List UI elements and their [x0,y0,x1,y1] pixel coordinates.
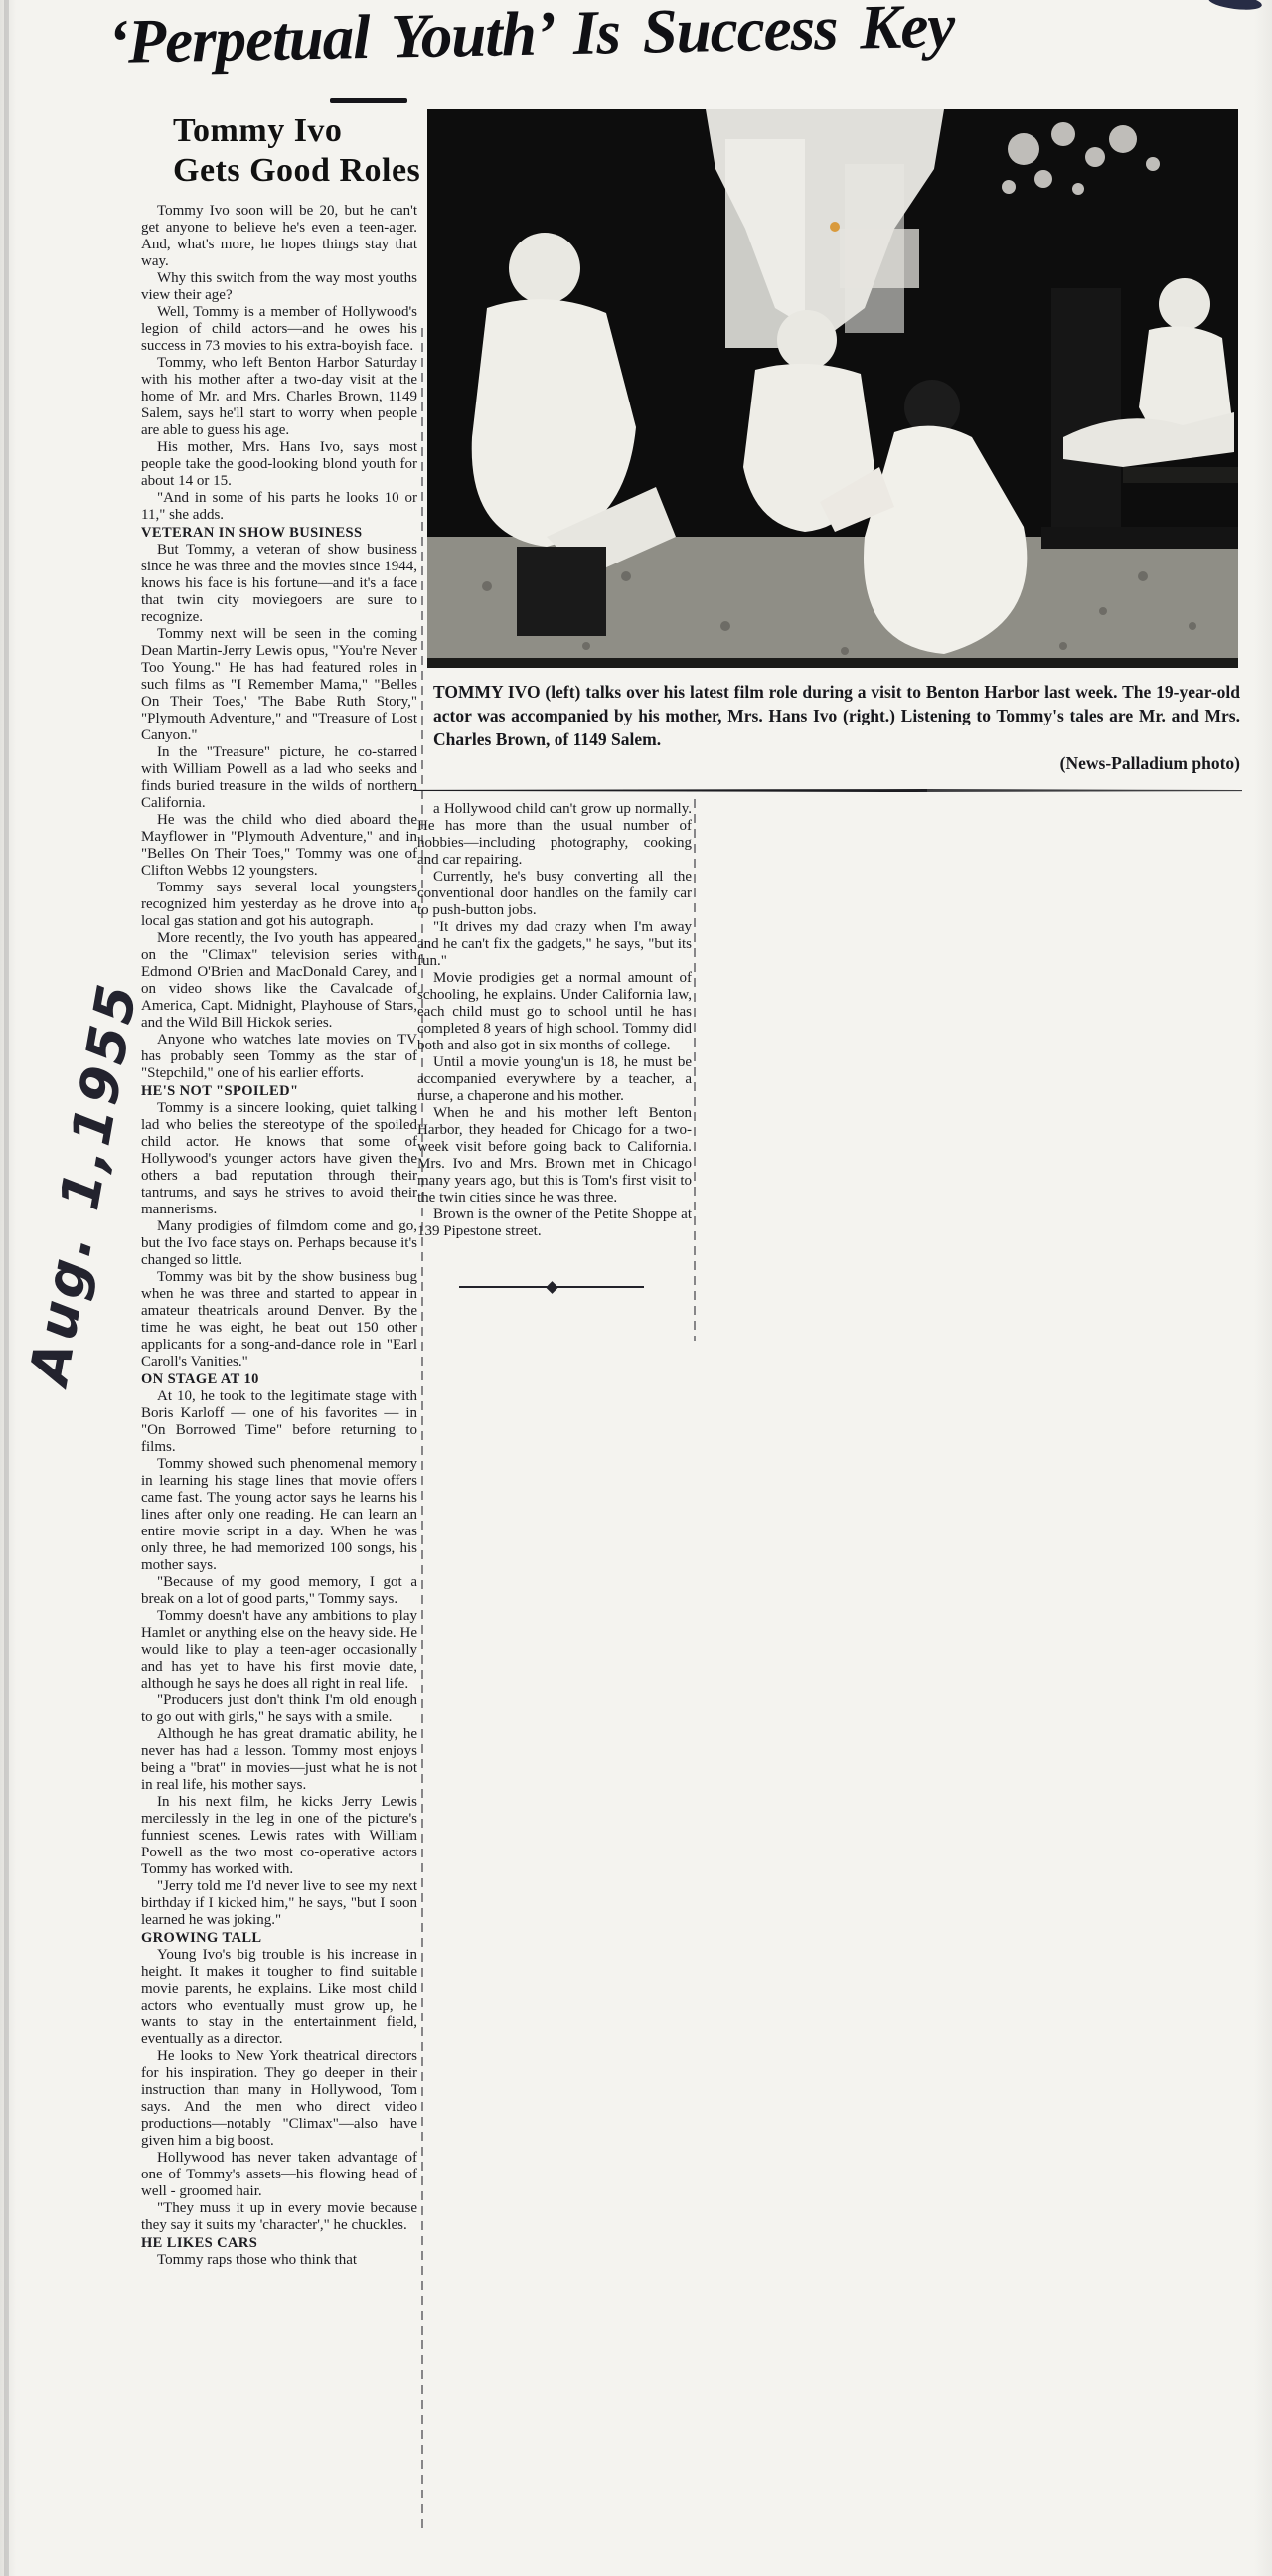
article-paragraph: He was the child who died aboard the May… [141,812,417,880]
article-paragraph: More recently, the Ivo youth has appeare… [141,930,417,1032]
news-photo-art [427,109,1238,668]
article-paragraph: Currently, he's busy converting all the … [417,869,692,919]
article-left-column: Tommy Ivo soon will be 20, but he can't … [141,203,417,2269]
column-rule-continuation [694,799,696,1341]
photo-caption-block: TOMMY IVO (left) talks over his latest f… [433,680,1240,775]
article-paragraph: But Tommy, a veteran of show business si… [141,542,417,626]
article-paragraph: Brown is the owner of the Petite Shoppe … [417,1207,692,1240]
article-paragraph: Tommy says several local youngsters reco… [141,880,417,930]
article-paragraph: "They muss it up in every movie because … [141,2200,417,2234]
article-paragraph: "Jerry told me I'd never live to see my … [141,1878,417,1929]
subhead-line-2: Gets Good Roles [173,151,431,191]
caption-divider-rule [413,789,1242,792]
article-paragraph: Although he has great dramatic ability, … [141,1726,417,1794]
section-heading: HE LIKES CARS [141,2235,417,2252]
article-paragraph: Young Ivo's big trouble is his increase … [141,1947,417,2048]
handwritten-date: Aug. 1,1955 [17,976,149,1388]
article-paragraph: Tommy is a sincere looking, quiet talkin… [141,1100,417,1218]
subhead-rule [330,98,407,103]
section-heading: HE'S NOT "SPOILED" [141,1083,417,1100]
article-paragraph: Why this switch from the way most youths… [141,270,417,304]
article-paragraph: Tommy showed such phenomenal memory in l… [141,1456,417,1574]
article-paragraph: Tommy, who left Benton Harbor Saturday w… [141,355,417,439]
article-paragraph: At 10, he took to the legitimate stage w… [141,1388,417,1456]
ornament-bar-right [555,1286,645,1288]
article-paragraph: He looks to New York theatrical director… [141,2048,417,2150]
article-paragraph: Tommy was bit by the show business bug w… [141,1269,417,1370]
article-paragraph: Until a movie young'un is 18, he must be… [417,1054,692,1105]
section-heading: GROWING TALL [141,1930,417,1947]
article-paragraph: Tommy Ivo soon will be 20, but he can't … [141,203,417,270]
article-paragraph: In his next film, he kicks Jerry Lewis m… [141,1794,417,1878]
article-paragraph: When he and his mother left Benton Harbo… [417,1105,692,1207]
ornament-bar-left [459,1286,550,1288]
subhead-line-1: Tommy Ivo [173,111,431,151]
article-paragraph: Tommy next will be seen in the coming De… [141,626,417,744]
photo-credit: (News-Palladium photo) [433,751,1240,775]
section-heading: ON STAGE AT 10 [141,1371,417,1388]
article-paragraph: Anyone who watches late movies on TV has… [141,1032,417,1082]
end-of-column-ornament [459,1282,644,1292]
ornament-diamond [546,1281,558,1294]
column-rule-left [421,328,423,2534]
news-photo [427,109,1238,668]
article-paragraph: Hollywood has never taken advantage of o… [141,2150,417,2200]
article-paragraph: In the "Treasure" picture, he co-starred… [141,744,417,812]
main-headline: ‘Perpetual Youth’ Is Success Key [107,0,1241,79]
article-paragraph: Movie prodigies get a normal amount of s… [417,970,692,1054]
section-heading: VETERAN IN SHOW BUSINESS [141,525,417,542]
article-continuation-column: a Hollywood child can't grow up normally… [417,801,692,1240]
article-paragraph: Many prodigies of filmdom come and go, b… [141,1218,417,1269]
article-paragraph: Tommy raps those who think that [141,2252,417,2269]
article-subhead: Tommy Ivo Gets Good Roles [173,111,431,191]
article-paragraph: Well, Tommy is a member of Hollywood's l… [141,304,417,355]
article-paragraph: Tommy doesn't have any ambitions to play… [141,1608,417,1692]
article-paragraph: "And in some of his parts he looks 10 or… [141,490,417,524]
article-paragraph: "Because of my good memory, I got a brea… [141,1574,417,1608]
newspaper-clipping-page: ‘Perpetual Youth’ Is Success Key Tommy I… [0,0,1272,2576]
scan-edge-shadow [4,0,9,2576]
article-paragraph: His mother, Mrs. Hans Ivo, says most peo… [141,439,417,490]
article-paragraph: "It drives my dad crazy when I'm away an… [417,919,692,970]
article-paragraph: a Hollywood child can't grow up normally… [417,801,692,869]
article-paragraph: "Producers just don't think I'm old enou… [141,1692,417,1726]
photo-caption: TOMMY IVO (left) talks over his latest f… [433,680,1240,751]
